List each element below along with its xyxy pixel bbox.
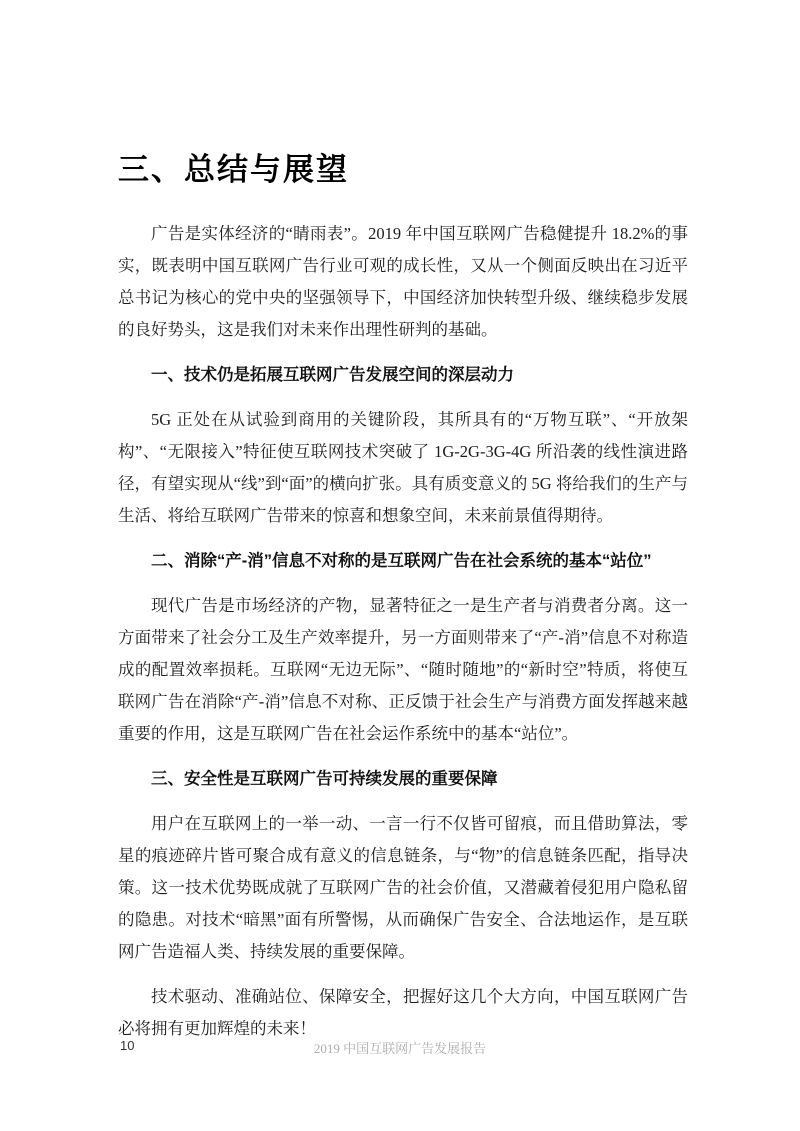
document-content: 三、总结与展望 广告是实体经济的“睛雨表”。2019 年中国互联网广告稳健提升 …	[118, 150, 688, 1058]
page-title: 三、总结与展望	[118, 150, 688, 190]
document-page: 三、总结与展望 广告是实体经济的“睛雨表”。2019 年中国互联网广告稳健提升 …	[0, 0, 800, 1131]
body-paragraph: 用户在互联网上的一举一动、一言一行不仅皆可留痕，而且借助算法，零星的痕迹碎片皆可…	[118, 808, 688, 968]
section-subheading: 三、安全性是互联网广告可持续发展的重要保障	[118, 763, 688, 795]
body-paragraph: 现代广告是市场经济的产物，显著特征之一是生产者与消费者分离。这一方面带来了社会分…	[118, 590, 688, 750]
page-footer: 10 2019 中国互联网广告发展报告	[0, 1036, 800, 1060]
body-paragraph: 5G 正处在从试验到商用的关键阶段，其所具有的“万物互联”、“开放架构”、“无限…	[118, 404, 688, 532]
section-subheading: 二、消除“产-消”信息不对称的是互联网广告在社会系统的基本“站位”	[118, 545, 688, 577]
section-subheading: 一、技术仍是拓展互联网广告发展空间的深层动力	[118, 359, 688, 391]
body-paragraph: 广告是实体经济的“睛雨表”。2019 年中国互联网广告稳健提升 18.2%的事实…	[118, 218, 688, 346]
footer-report-title: 2019 中国互联网广告发展报告	[0, 1038, 800, 1057]
document-body: 广告是实体经济的“睛雨表”。2019 年中国互联网广告稳健提升 18.2%的事实…	[118, 218, 688, 1045]
